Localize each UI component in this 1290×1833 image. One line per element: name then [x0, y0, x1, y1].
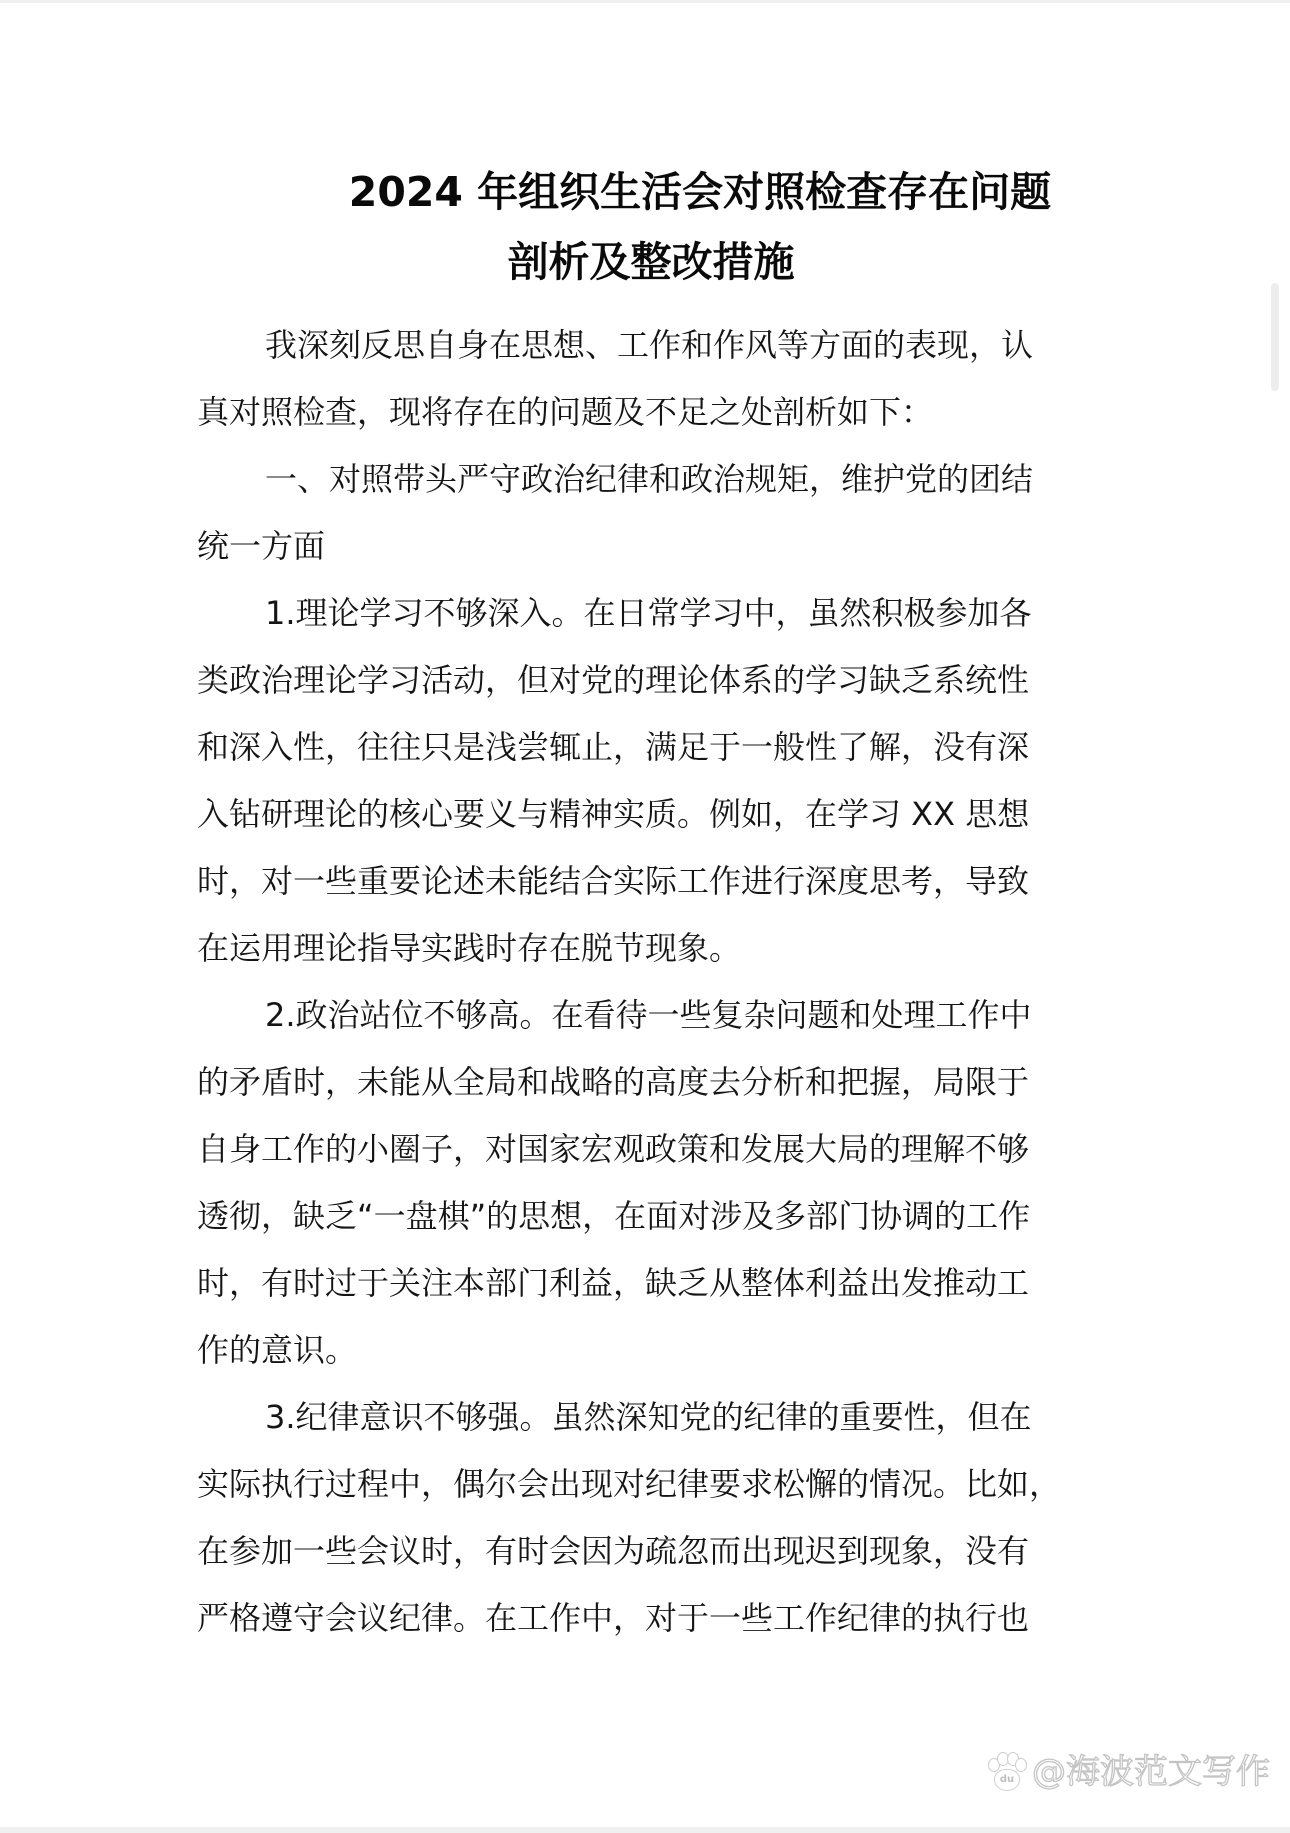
- body-line: 3.纪律意识不够强。虽然深知党的纪律的重要性，但在: [197, 1384, 1097, 1451]
- body-line: 真对照检查，现将存在的问题及不足之处剖析如下：: [197, 379, 1097, 446]
- bottom-border-strip: [0, 1827, 1290, 1833]
- body-line: 1.理论学习不够深入。在日常学习中，虽然积极参加各: [197, 580, 1097, 647]
- body-line: 时，有时过于关注本部门利益，缺乏从整体利益出发推动工: [197, 1250, 1097, 1317]
- body-line: 时，对一些重要论述未能结合实际工作进行深度思考，导致: [197, 848, 1097, 915]
- baidu-paw-icon: du: [986, 1752, 1026, 1792]
- paw-toe: [1015, 1758, 1027, 1772]
- paw-pad-label: du: [994, 1769, 1020, 1791]
- section-heading-line: 一、对照带头严守政治纪律和政治规矩，维护党的团结: [197, 446, 1097, 513]
- watermark-text: @海波范文写作: [1032, 1750, 1270, 1794]
- body-line: 类政治理论学习活动，但对党的理论体系的学习缺乏系统性: [197, 647, 1097, 714]
- body-line: 在参加一些会议时，有时会因为疏忽而出现迟到现象，没有: [197, 1518, 1097, 1585]
- body-line: 2.政治站位不够高。在看待一些复杂问题和处理工作中: [197, 982, 1097, 1049]
- body-line: 实际执行过程中，偶尔会出现对纪律要求松懈的情况。比如，: [197, 1451, 1097, 1518]
- body-line: 自身工作的小圈子，对国家宏观政策和发展大局的理解不够: [197, 1116, 1097, 1183]
- document-title-line-1: 2024 年组织生活会对照检查存在问题: [0, 166, 1290, 218]
- section-heading-line: 统一方面: [197, 513, 1097, 580]
- watermark: du @海波范文写作: [986, 1750, 1270, 1794]
- body-line: 我深刻反思自身在思想、工作和作风等方面的表现，认: [197, 312, 1097, 379]
- body-line: 严格遵守会议纪律。在工作中，对于一些工作纪律的执行也: [197, 1585, 1097, 1652]
- body-line: 的矛盾时，未能从全局和战略的高度去分析和把握，局限于: [197, 1049, 1097, 1116]
- body-line: 在运用理论指导实践时存在脱节现象。: [197, 915, 1097, 982]
- body-line: 透彻，缺乏“一盘棋”的思想，在面对涉及多部门协调的工作: [197, 1183, 1097, 1250]
- body-line: 和深入性，往往只是浅尝辄止，满足于一般性了解，没有深: [197, 714, 1097, 781]
- body-line: 作的意识。: [197, 1317, 1097, 1384]
- document-title-line-2: 剖析及整改措施: [0, 236, 1290, 288]
- document-page: 2024 年组织生活会对照检查存在问题 剖析及整改措施 我深刻反思自身在思想、工…: [0, 0, 1290, 1833]
- document-body: 我深刻反思自身在思想、工作和作风等方面的表现，认 真对照检查，现将存在的问题及不…: [197, 312, 1097, 1652]
- vertical-scrollbar-thumb[interactable]: [1271, 283, 1279, 391]
- body-line: 入钻研理论的核心要义与精神实质。例如，在学习 XX 思想: [197, 781, 1097, 848]
